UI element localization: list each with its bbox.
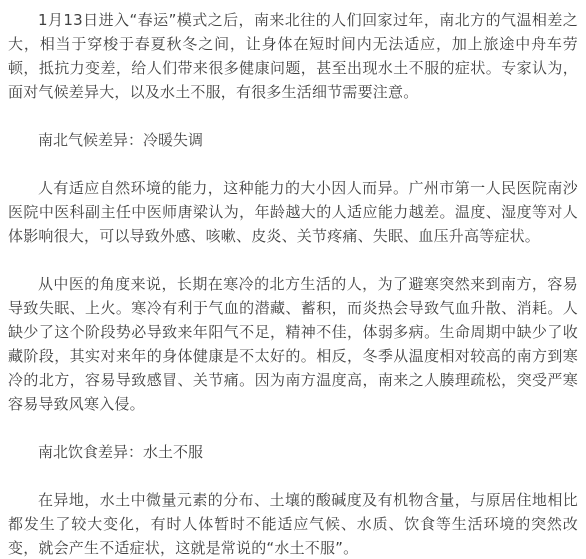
paragraph-adaptation-ability: 人有适应自然环境的能力，这种能力的大小因人而异。广州市第一人民医院南沙医院中医科… — [8, 176, 578, 248]
article-body: 1月13日进入“春运”模式之后，南来北往的人们回家过年，南北方的气温相差之大，相… — [0, 0, 586, 559]
section-heading-climate-difference: 南北气候差异：冷暖失调 — [8, 128, 578, 152]
paragraph-tcm-perspective: 从中医的角度来说，长期在寒冷的北方生活的人，为了避寒突然来到南方，容易导致失眠、… — [8, 272, 578, 416]
paragraph-water-soil-acclimatization: 在异地，水土中微量元素的分布、土壤的酸碱度及有机物含量，与原居住地相比都发生了较… — [8, 488, 578, 559]
section-heading-diet-difference: 南北饮食差异：水土不服 — [8, 440, 578, 464]
intro-paragraph: 1月13日进入“春运”模式之后，南来北往的人们回家过年，南北方的气温相差之大，相… — [8, 8, 578, 104]
